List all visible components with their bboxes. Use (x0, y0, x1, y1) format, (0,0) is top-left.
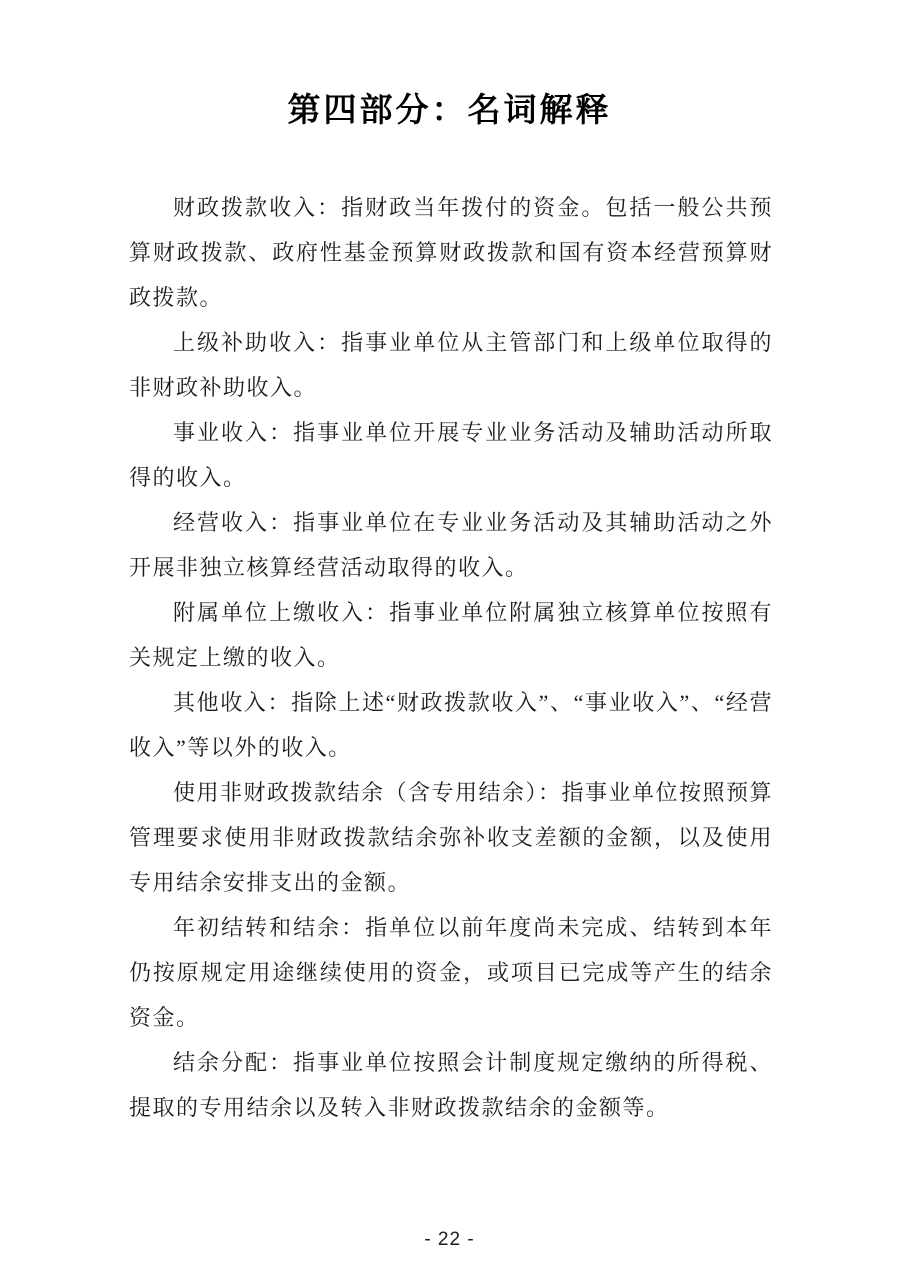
definition-paragraph-fiscal-appropriation-income: 财政拨款收入：指财政当年拨付的资金。包括一般公共预算财政拨款、政府性基金预算财政… (129, 185, 773, 320)
definition-paragraph-business-income: 经营收入：指事业单位在专业业务活动及其辅助活动之外开展非独立核算经营活动取得的收… (129, 500, 773, 590)
document-body: 财政拨款收入：指财政当年拨付的资金。包括一般公共预算财政拨款、政府性基金预算财政… (129, 185, 773, 1130)
definition-paragraph-use-of-non-fiscal-balance: 使用非财政拨款结余（含专用结余）：指事业单位按照预算管理要求使用非财政拨款结余弥… (129, 770, 773, 905)
document-page: 第四部分：名词解释 财政拨款收入：指财政当年拨付的资金。包括一般公共预算财政拨款… (0, 0, 899, 1273)
page-title: 第四部分：名词解释 (0, 0, 899, 128)
definition-paragraph-other-income: 其他收入：指除上述“财政拨款收入”、“事业收入”、“经营收入”等以外的收入。 (129, 680, 773, 770)
definition-paragraph-affiliated-unit-remittance-income: 附属单位上缴收入：指事业单位附属独立核算单位按照有关规定上缴的收入。 (129, 590, 773, 680)
definition-paragraph-operating-unit-income: 事业收入：指事业单位开展专业业务活动及辅助活动所取得的收入。 (129, 410, 773, 500)
definition-paragraph-superior-subsidy-income: 上级补助收入：指事业单位从主管部门和上级单位取得的非财政补助收入。 (129, 320, 773, 410)
definition-paragraph-balance-distribution: 结余分配：指事业单位按照会计制度规定缴纳的所得税、提取的专用结余以及转入非财政拨… (129, 1040, 773, 1130)
definition-paragraph-carryover-and-balance: 年初结转和结余：指单位以前年度尚未完成、结转到本年仍按原规定用途继续使用的资金，… (129, 905, 773, 1040)
page-number: - 22 - (0, 1229, 899, 1251)
